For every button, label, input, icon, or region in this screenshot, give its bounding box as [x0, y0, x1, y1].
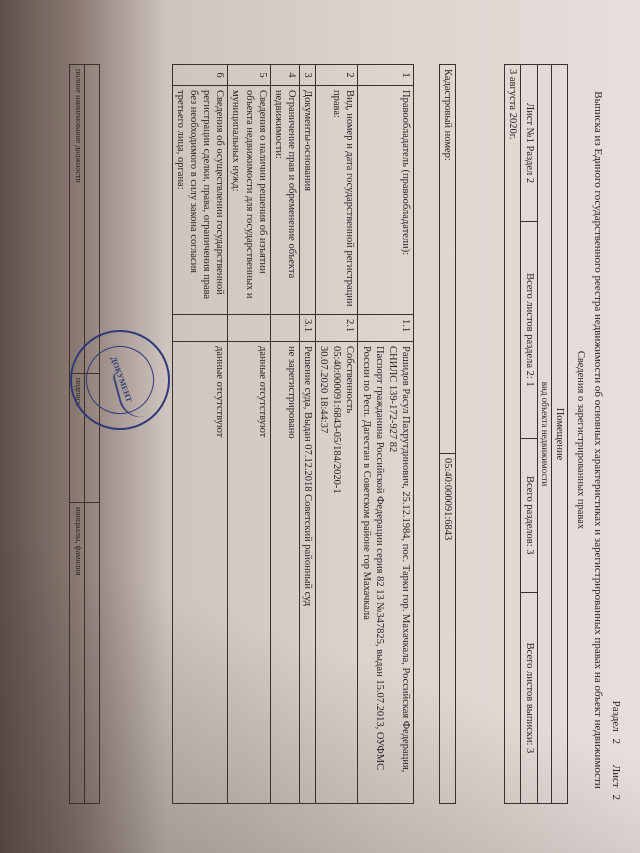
row-value-line: 05:40:000091:6843-05/184/2020-1 — [330, 346, 343, 799]
row-label: Вид, номер и дата государственной регист… — [316, 86, 358, 315]
object-type-caption: вид объекта недвижимости — [537, 65, 551, 804]
row-value-line: Собственность — [343, 346, 356, 799]
document-subtitle: Сведения о зарегистрированных правах — [575, 40, 586, 840]
row-number: 6 — [172, 65, 228, 86]
table-row: 1Правообладатель (правообладатели):1.1Ра… — [358, 65, 414, 804]
table-row: 3Документы-основания3.1Решение суда, Выд… — [300, 65, 316, 804]
row-number: 1 — [358, 65, 414, 86]
row-value-line: Решение суда, Выдан 07.12.2018 Советский… — [301, 346, 314, 799]
signature-table: полное наименование должности подпись ин… — [69, 64, 100, 804]
cadastral-number: 05:40:000091:6843 — [439, 454, 455, 804]
table-row: 4Ограничение прав и обременение объекта … — [270, 65, 299, 804]
row-subnumber: 3.1 — [300, 315, 316, 342]
row-subnumber: 1.1 — [358, 315, 414, 342]
row-value: данные отсутствуют — [172, 342, 228, 804]
row-value-line: не зарегистрировано — [285, 346, 298, 799]
row-label: Правообладатель (правообладатели): — [358, 86, 414, 315]
row-subnumber: 2.1 — [316, 315, 358, 342]
row-subnumber — [228, 315, 270, 342]
row-value-line: данные отсутствуют — [213, 346, 226, 799]
row-value-line: СНИЛС 139-172-927 82 — [386, 346, 399, 799]
row-value: не зарегистрировано — [270, 342, 299, 804]
sections-total: Всего разделов: 3 — [521, 438, 537, 592]
row-value-line: Паспорт гражданина Российской Федерации … — [373, 346, 386, 799]
row-label: Сведения об осуществлении государственно… — [172, 86, 228, 315]
row-value: Рашидов Расул Пахрутдинович, 25.12.1984,… — [358, 342, 414, 804]
rights-table: 1Правообладатель (правообладатели):1.1Ра… — [172, 64, 414, 804]
section-sheets-total: Всего листов раздела 2: 1 — [521, 222, 537, 438]
row-value: Собственность05:40:000091:6843-05/184/20… — [316, 342, 358, 804]
row-value-line: Рашидов Расул Пахрутдинович, 25.12.1984,… — [399, 346, 412, 799]
extract-date: 3 августа 2020г. — [505, 65, 521, 804]
row-label: Сведения о наличии решения об изъятии об… — [228, 86, 270, 315]
section-label: Раздел 2 — [610, 701, 622, 744]
row-number: 3 — [300, 65, 316, 86]
document-title: Выписка из Единого государственного реес… — [592, 40, 604, 840]
sheet-label: Лист 2 — [610, 765, 622, 800]
row-value-line: данные отсутствуют — [256, 346, 269, 799]
row-number: 4 — [270, 65, 299, 86]
cadastral-table: Кадастровый номер: 05:40:000091:6843 — [439, 64, 456, 804]
row-value-line: России по Респ. Дагестан в Советском рай… — [360, 346, 373, 799]
sheet-header: Раздел 2 Лист 2 — [610, 687, 622, 800]
row-number: 2 — [316, 65, 358, 86]
object-header-table: Помещение вид объекта недвижимости Лист … — [504, 64, 568, 804]
table-row: 6Сведения об осуществлении государственн… — [172, 65, 228, 804]
row-value: данные отсутствуют — [228, 342, 270, 804]
name-caption: инициалы, фамилия — [70, 503, 85, 804]
object-type: Помещение — [551, 65, 567, 804]
row-subnumber — [270, 315, 299, 342]
row-label: Документы-основания — [300, 86, 316, 315]
extract-sheets-total: Всего листов выписки: 3 — [521, 592, 537, 803]
document-page: Раздел 2 Лист 2 Выписка из Единого госуд… — [60, 40, 640, 840]
row-label: Ограничение прав и обременение объекта н… — [270, 86, 299, 315]
table-row: 5Сведения о наличии решения об изъятии о… — [228, 65, 270, 804]
table-row: 2Вид, номер и дата государственной регис… — [316, 65, 358, 804]
sheet-number: Лист №1 Раздел 2 — [521, 65, 537, 222]
row-value: Решение суда, Выдан 07.12.2018 Советский… — [300, 342, 316, 804]
name-field — [85, 503, 100, 804]
row-value-line: 30.07.2020 18:44:37 — [317, 346, 330, 799]
row-number: 5 — [228, 65, 270, 86]
position-caption: полное наименование должности — [70, 65, 85, 374]
position-field — [85, 65, 100, 374]
row-subnumber — [172, 315, 228, 342]
cadastral-label: Кадастровый номер: — [439, 65, 455, 454]
